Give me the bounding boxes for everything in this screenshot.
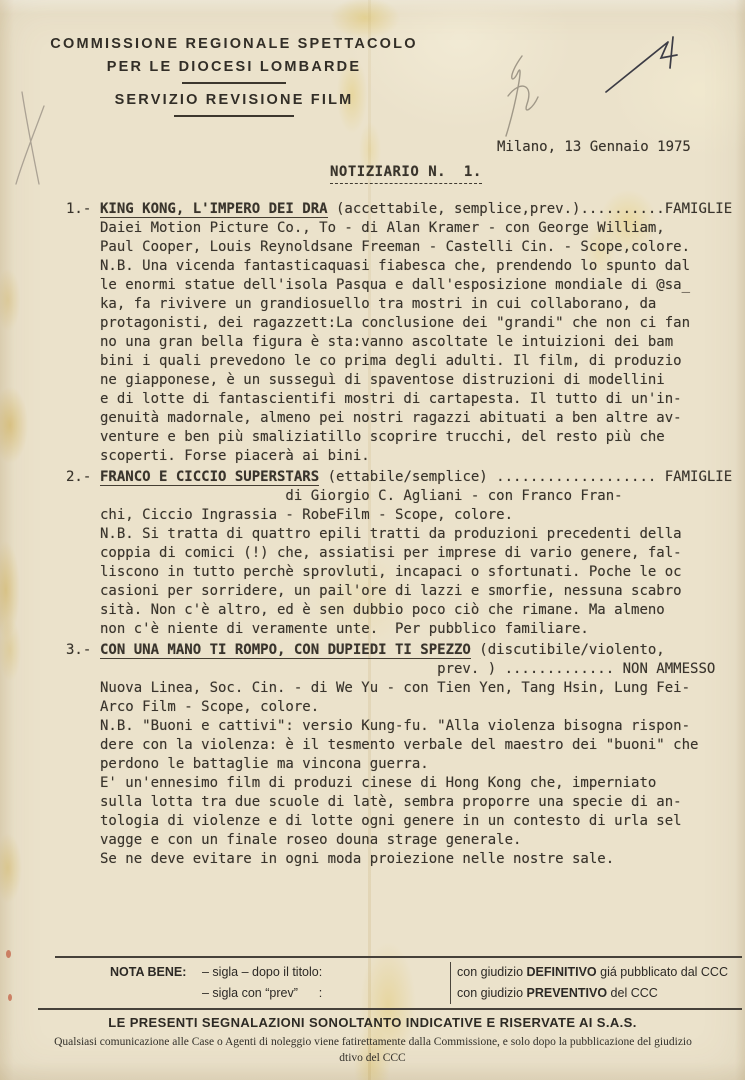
handwritten-pencil-cross	[12, 88, 54, 192]
organization-line2: PER LE DIOCESI LOMBARDE	[38, 59, 430, 75]
page-title: NOTIZIARIO N. 1.	[330, 163, 482, 184]
body-line: di Giorgio C. Agliani - con Franco Fran-	[100, 487, 742, 506]
nb-post: giá pubblicato dal CCC	[597, 965, 728, 979]
footer-smallprint-2: dtivo del CCC	[0, 1052, 745, 1064]
nota-bene-value: con giudizio DEFINITIVO giá pubblicato d…	[450, 962, 728, 983]
dateline: Milano, 13 Gennaio 1975	[497, 138, 691, 157]
body-line: ne giapponese, è un susseguì di spavento…	[100, 371, 742, 390]
nb-strong: DEFINITIVO	[527, 965, 597, 979]
divider-top	[55, 956, 742, 958]
body-line: ka, fa rivivere un grandiosuello tra mos…	[100, 295, 742, 314]
entry-number: 3.-	[66, 641, 100, 660]
body-line: Daiei Motion Picture Co., To - di Alan K…	[100, 219, 742, 238]
film-entry-1: 1.-KING KONG, L'IMPERO DEI DRA (accettab…	[66, 200, 742, 466]
nb-pre: con giudizio	[457, 965, 527, 979]
body-line: coppia di comici (!) che, assiatisi per …	[100, 544, 742, 563]
nb-post: del CCC	[607, 986, 658, 1000]
handwritten-ink-mark	[598, 28, 693, 103]
scanned-document-page: COMMISSIONE REGIONALE SPETTACOLO PER LE …	[0, 0, 745, 1080]
entry-number: 2.-	[66, 468, 100, 487]
nota-bene-row-2: – sigla con “prev” : con giudizio PREVEN…	[110, 983, 710, 1004]
film-classification: (ettabile/semplice) ................... …	[319, 469, 732, 485]
body-line: Nuova Linea, Soc. Cin. - di We Yu - con …	[100, 679, 742, 698]
body-line: Paul Cooper, Louis Reynoldsane Freeman -…	[100, 238, 742, 257]
organization-line1: COMMISSIONE REGIONALE SPETTACOLO	[38, 36, 430, 52]
body-line: genuità madornale, almeno pei nostri rag…	[100, 409, 742, 428]
nota-bene-key: – sigla con “prev” :	[202, 983, 450, 1004]
body-line: protagonisti, dei ragazzett:La conclusio…	[100, 314, 742, 333]
nota-bene-value: con giudizio PREVENTIVO del CCC	[450, 983, 710, 1004]
body-line: chi, Ciccio Ingrassia - RobeFilm - Scope…	[100, 506, 742, 525]
organization-line3: SERVIZIO REVISIONE FILM	[38, 92, 430, 108]
nota-bene-label-spacer	[110, 983, 202, 1004]
body-line: E' un'ennesimo film di produzi cinese di…	[100, 774, 742, 793]
body-line: N.B. "Buoni e cattivi": versio Kung-fu. …	[100, 717, 742, 736]
nb-pre: con giudizio	[457, 986, 527, 1000]
film-entry-2-heading: 2.-FRANCO E CICCIO SUPERSTARS (ettabile/…	[66, 468, 742, 487]
body-line: N.B. Una vicenda fantasticaquasi fiabesc…	[100, 257, 742, 276]
film-entry-3-heading: 3.-CON UNA MANO TI ROMPO, CON DUPIEDI TI…	[66, 641, 742, 660]
film-entry-1-body: Daiei Motion Picture Co., To - di Alan K…	[100, 219, 742, 466]
body-line: scoperti. Forse piacerà ai bini.	[100, 447, 742, 466]
film-title: KING KONG, L'IMPERO DEI DRA	[100, 201, 328, 218]
body-line: bini i quali prevedono le co prima degli…	[100, 352, 742, 371]
handwritten-pencil-initials	[492, 50, 554, 145]
body-line: le enormi statue dell'isola Pasqua e dal…	[100, 276, 742, 295]
ink-speck	[6, 950, 11, 958]
body-line: non c'è niente di veramente unte. Per pu…	[100, 620, 742, 639]
letterhead-underline-2	[174, 115, 294, 117]
film-classification: (accettabile, semplice,prev.)..........F…	[328, 201, 733, 217]
body-line: liscono in tutto perchè sprovluti, incap…	[100, 563, 742, 582]
body-line: no una gran bella figura è sta:vanno asc…	[100, 333, 742, 352]
body-line: vagge e con un finale roseo douna strage…	[100, 831, 742, 850]
body-line: tologia di violenze e di lotte ogni gene…	[100, 812, 742, 831]
nota-bene-key: – sigla – dopo il titolo:	[202, 962, 450, 983]
letterhead: COMMISSIONE REGIONALE SPETTACOLO PER LE …	[38, 36, 430, 125]
nb-strong: PREVENTIVO	[527, 986, 608, 1000]
footer-notice: LE PRESENTI SEGNALAZIONI SONOLTANTO INDI…	[0, 1015, 745, 1030]
body-line: dere con la violenza: è il tesmento verb…	[100, 736, 742, 755]
body-line: Se ne deve evitare in ogni moda proiezio…	[100, 850, 742, 869]
body-line: venture e ben più smaliziatillo scoprire…	[100, 428, 742, 447]
nota-bene-row-1: NOTA BENE: – sigla – dopo il titolo: con…	[110, 962, 710, 983]
body-line: sità. Non c'è altro, ed è sen dubbio poc…	[100, 601, 742, 620]
ink-speck	[8, 994, 12, 1001]
film-entry-1-heading: 1.-KING KONG, L'IMPERO DEI DRA (accettab…	[66, 200, 742, 219]
film-title: CON UNA MANO TI ROMPO, CON DUPIEDI TI SP…	[100, 642, 471, 659]
nota-bene-label: NOTA BENE:	[110, 962, 202, 983]
body-line: sulla lotta tra due scuole di latè, semb…	[100, 793, 742, 812]
body-line: perdono le battaglie ma vincona guerra.	[100, 755, 742, 774]
film-entry-3: 3.-CON UNA MANO TI ROMPO, CON DUPIEDI TI…	[66, 641, 742, 869]
body-line: N.B. Si tratta di quattro epili tratti d…	[100, 525, 742, 544]
film-entry-3-body: prev. ) ............. NON AMMESSO Nuova …	[100, 660, 742, 869]
entry-number: 1.-	[66, 200, 100, 219]
body-line: casioni per sorridere, un pail'ore di la…	[100, 582, 742, 601]
body-line: Arco Film - Scope, colore.	[100, 698, 742, 717]
divider-bottom	[38, 1008, 742, 1010]
film-title: FRANCO E CICCIO SUPERSTARS	[100, 469, 319, 486]
film-entry-2: 2.-FRANCO E CICCIO SUPERSTARS (ettabile/…	[66, 468, 742, 639]
film-classification: (discutibile/violento,	[471, 642, 665, 658]
body-line: e di lotte di fantascientifi mostri di c…	[100, 390, 742, 409]
footer-smallprint: Qualsiasi comunicazione alle Case o Agen…	[28, 1036, 718, 1048]
film-entry-2-body: di Giorgio C. Agliani - con Franco Fran-…	[100, 487, 742, 639]
nota-bene-block: NOTA BENE: – sigla – dopo il titolo: con…	[110, 962, 710, 1004]
body-line: prev. ) ............. NON AMMESSO	[100, 660, 742, 679]
letterhead-underline-1	[182, 82, 286, 84]
